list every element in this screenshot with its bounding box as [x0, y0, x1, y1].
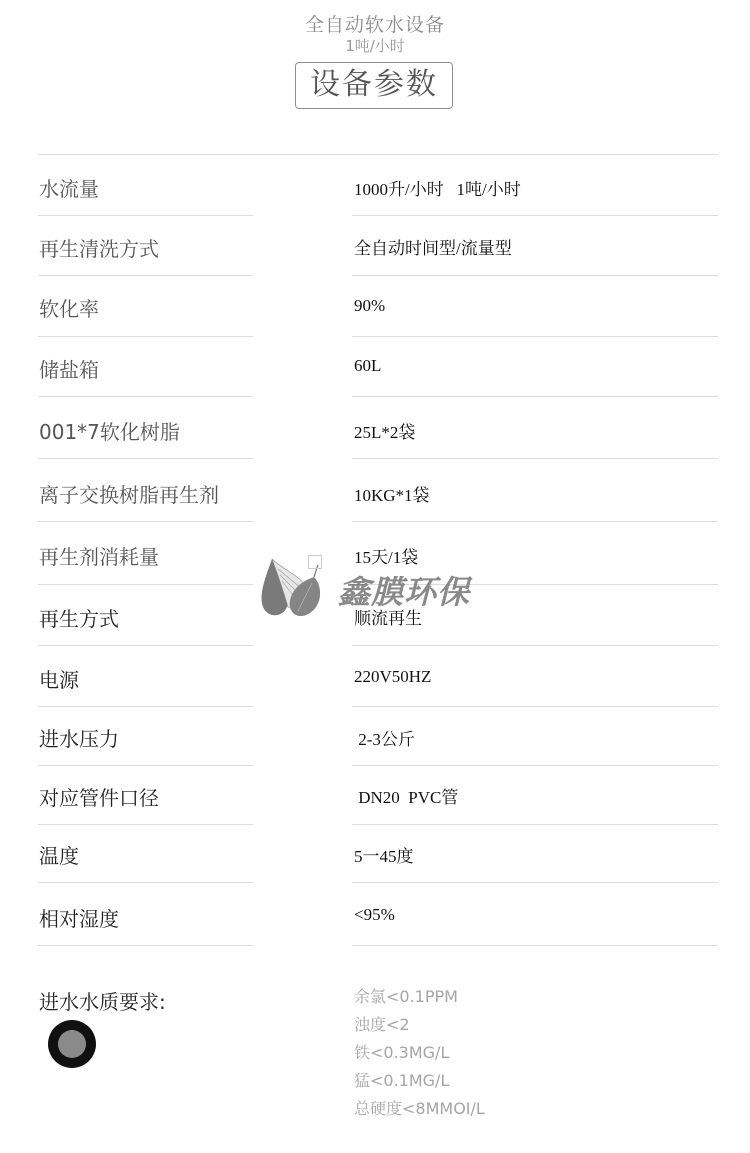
spec-label: 对应管件口径: [39, 782, 159, 811]
divider: [38, 882, 253, 883]
divider: [38, 584, 253, 585]
divider: [352, 945, 718, 946]
spec-value: 90%: [354, 296, 385, 316]
divider: [352, 645, 718, 646]
divider: [38, 336, 253, 337]
product-name: 全自动软水设备: [0, 10, 750, 37]
spec-label: 温度: [39, 840, 79, 869]
spec-label: 001*7软化树脂: [39, 416, 180, 445]
divider: [38, 521, 253, 522]
spec-label: 电源: [39, 664, 79, 693]
spec-value: 60L: [354, 356, 381, 376]
brand-name: 鑫膜环保: [338, 567, 470, 613]
divider: [352, 396, 718, 397]
spec-label: 再生方式: [39, 603, 119, 632]
divider: [38, 215, 253, 216]
requirement-item: 猛<0.1MG/L: [354, 1070, 485, 1098]
spec-label: 再生剂消耗量: [39, 541, 159, 570]
spec-value: 1000升/小时 1吨/小时: [354, 175, 521, 200]
spec-label: 软化率: [39, 293, 99, 322]
divider: [38, 396, 253, 397]
divider: [352, 521, 718, 522]
divider: [38, 275, 253, 276]
divider: [352, 458, 718, 459]
requirement-item: 铁<0.3MG/L: [354, 1042, 485, 1070]
water-quality-list: 余氯<0.1PPM 浊度<2 铁<0.3MG/L 猛<0.1MG/L 总硬度<8…: [354, 986, 485, 1126]
spec-value: 全自动时间型/流量型: [354, 234, 512, 259]
spec-value: 5一45度: [354, 842, 414, 867]
requirement-item: 浊度<2: [354, 1014, 485, 1042]
spec-value: 25L*2袋: [354, 418, 415, 443]
spec-label: 相对湿度: [39, 903, 119, 932]
divider: [38, 645, 253, 646]
product-capacity: 1吨/小时: [0, 35, 750, 56]
spec-value: DN20 PVC管: [354, 783, 458, 808]
requirement-item: 总硬度<8MMOI/L: [354, 1098, 485, 1126]
divider: [352, 706, 718, 707]
spec-label: 水流量: [39, 173, 99, 202]
spec-label: 进水压力: [39, 723, 119, 752]
bullet-circle-icon: [48, 1020, 96, 1068]
divider: [352, 336, 718, 337]
brand-watermark: 鑫膜环保: [258, 553, 508, 623]
spec-label: 离子交换树脂再生剂: [39, 479, 219, 508]
spec-label: 储盐箱: [39, 354, 99, 383]
divider: [352, 824, 718, 825]
spec-value: 220V50HZ: [354, 667, 431, 687]
spec-value: 10KG*1袋: [354, 481, 430, 506]
spec-label: 再生清洗方式: [39, 233, 159, 262]
divider: [38, 765, 253, 766]
divider: [38, 154, 718, 155]
spec-value: <95%: [354, 905, 395, 925]
divider: [352, 765, 718, 766]
divider: [38, 706, 253, 707]
divider: [352, 275, 718, 276]
divider: [352, 215, 718, 216]
section-title: 设备参数: [295, 62, 453, 109]
divider: [352, 882, 718, 883]
water-quality-label: 进水水质要求:: [39, 986, 166, 1015]
spec-value: 2-3公斤: [354, 725, 415, 750]
divider: [38, 458, 253, 459]
seal-icon: [308, 555, 322, 569]
divider: [38, 945, 253, 946]
divider: [38, 824, 253, 825]
requirement-item: 余氯<0.1PPM: [354, 986, 485, 1014]
